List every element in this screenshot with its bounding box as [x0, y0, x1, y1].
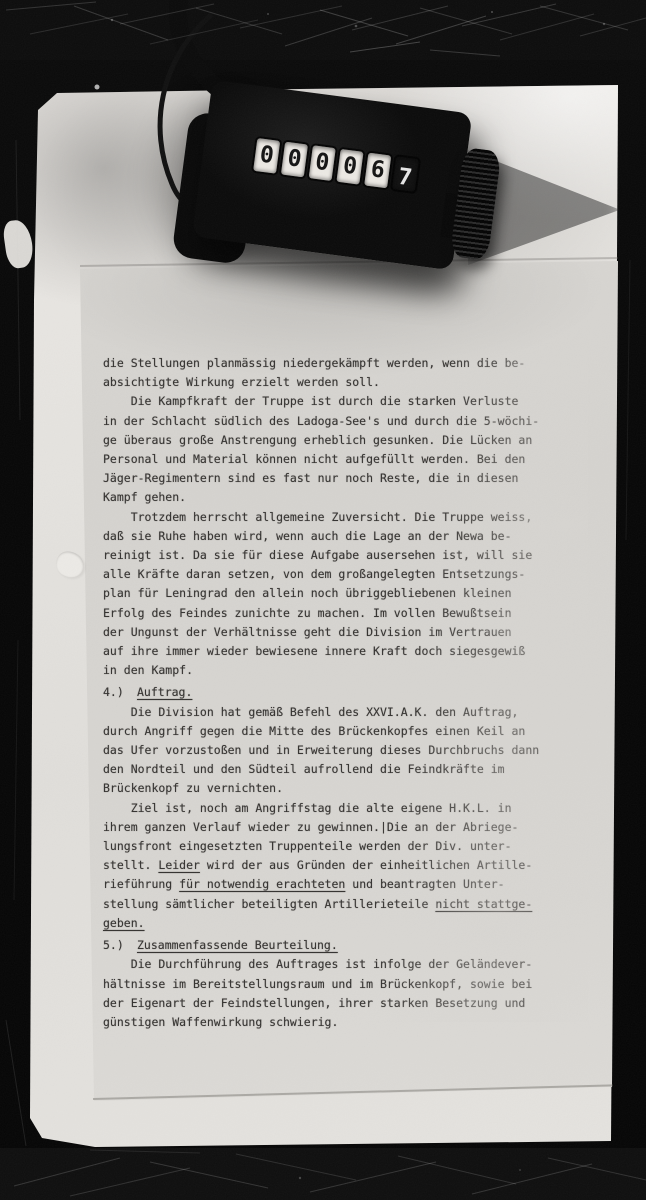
counter-digit: 6	[364, 153, 391, 189]
microfilm-scan: die Stellungen planmässig niedergekämpft…	[0, 0, 646, 1200]
exposure-counter: 000067	[183, 69, 511, 302]
counter-digit: 0	[253, 138, 280, 174]
counter-digit: 0	[281, 142, 308, 178]
counter-digit: 0	[309, 145, 336, 181]
counter-digit: 0	[336, 149, 363, 185]
counter-digit: 7	[392, 156, 419, 192]
